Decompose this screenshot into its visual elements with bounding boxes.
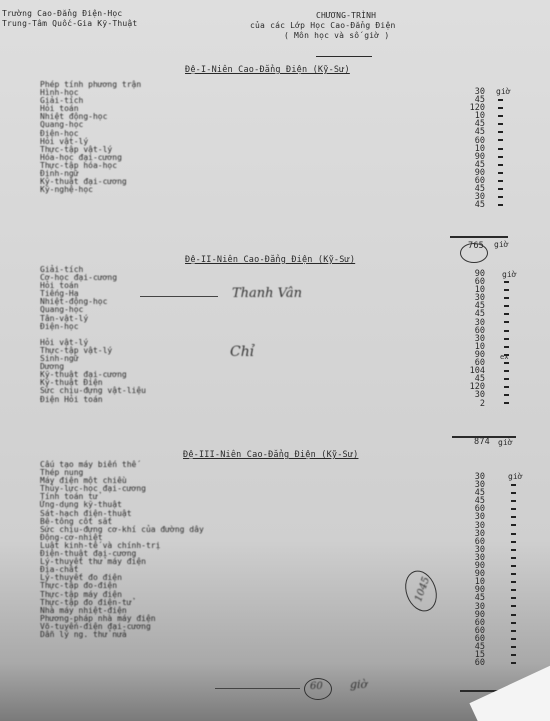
ditto-dash <box>507 497 527 505</box>
section-2-hours: 90601030454530603010906010445120302 <box>445 270 485 408</box>
ditto-dash <box>507 489 527 497</box>
subject-item: Điện Hỏi toán <box>40 396 146 404</box>
section-3-hours: 3030454560303030603030909010904530906060… <box>445 473 485 667</box>
ditto-dash <box>500 367 520 375</box>
hours-value: 45 <box>445 201 485 209</box>
ditto-dash <box>494 185 514 193</box>
center-name: Trung-Tâm Quốc-Gia Kỹ-Thuật <box>2 20 137 29</box>
ditto-dash <box>507 627 527 635</box>
hours-value: 30 <box>445 391 485 399</box>
ditto-dash <box>507 521 527 529</box>
ditto-dash <box>507 643 527 651</box>
section-3-title: Đệ-III-Niên Cao-Đẳng Điện (Kỹ-Sư) <box>183 451 358 460</box>
ditto-dash <box>494 177 514 185</box>
ditto-dash <box>494 153 514 161</box>
section-3-subjects: Cấu tạo máy biến thếThép nungMáy điện mộ… <box>40 461 204 639</box>
section-2-subjects: Giải-tíchCơ-học đại-cươngHỏi toánTiếng-H… <box>40 266 146 404</box>
ditto-dash <box>500 318 520 326</box>
school-name: Trường Cao-Đẳng Điện-Học <box>2 10 122 19</box>
ditto-dash <box>494 112 514 120</box>
ditto-dash <box>494 161 514 169</box>
ditto-dash <box>500 310 520 318</box>
ditto-dash <box>507 530 527 538</box>
hours-value: 60 <box>445 659 485 667</box>
handwritten-note-chi: Chỉ <box>230 344 254 360</box>
ditto-dash <box>507 481 527 489</box>
ditto-dash <box>507 513 527 521</box>
document-note: ( Môn học và số giờ ) <box>284 32 389 41</box>
ditto-dash <box>494 128 514 136</box>
ditto-dash <box>507 619 527 627</box>
ditto-dash <box>494 145 514 153</box>
ditto-dash <box>507 538 527 546</box>
annotation-arrow-2 <box>215 688 300 689</box>
section-2-total-unit: giờ <box>498 438 512 447</box>
subject-item: Kỹ-nghệ-học <box>40 186 141 194</box>
ditto-dash <box>494 169 514 177</box>
ditto-dash <box>494 120 514 128</box>
ditto-dash <box>500 327 520 335</box>
section-3-dashes <box>507 481 527 667</box>
ditto-dash <box>507 562 527 570</box>
document-title: CHƯƠNG-TRÌNH <box>316 12 376 21</box>
ditto-dash <box>507 651 527 659</box>
ditto-dash <box>507 546 527 554</box>
section-3-total-rule <box>460 690 500 692</box>
ditto-dash <box>507 578 527 586</box>
section-1-hours: 3045120104545601090459060453045 <box>445 88 485 209</box>
handwritten-note-name: Thanh Vân <box>232 286 302 301</box>
ditto-dash <box>507 611 527 619</box>
ditto-dash <box>500 343 520 351</box>
section-1-title: Đệ-I-Niên Cao-Đẳng Điện (Kỹ-Sư) <box>185 66 350 75</box>
section-1-unit: giờ <box>496 87 510 96</box>
ditto-dash <box>494 96 514 104</box>
annotation-arrow <box>140 296 218 297</box>
section-1-total-unit: giờ <box>494 240 508 249</box>
handwritten-gio: giờ <box>350 678 367 691</box>
hours-value: 2 <box>445 400 485 408</box>
section-1-total-rule <box>450 236 508 238</box>
subject-item: Dẫn lý ng. thử nửa <box>40 631 204 639</box>
section-3-unit: giờ <box>508 472 522 481</box>
ditto-dash <box>500 278 520 286</box>
document-subtitle: của các Lớp Học Cao-Đẳng Điện <box>250 22 395 31</box>
section-1-subjects: Phép tính phương trậnHình-họcGiải-tíchHỏ… <box>40 81 141 194</box>
ditto-dash <box>507 586 527 594</box>
ditto-dash <box>507 602 527 610</box>
section-1-dashes <box>494 96 514 209</box>
ditto-dash <box>500 399 520 407</box>
subject-item: Điện-học <box>40 323 146 331</box>
ditto-dash <box>507 635 527 643</box>
ditto-dash <box>507 594 527 602</box>
hour-note: ex <box>500 353 509 362</box>
ditto-dash <box>494 201 514 209</box>
ditto-dash <box>500 335 520 343</box>
header-divider <box>316 56 372 57</box>
ditto-dash <box>500 294 520 302</box>
section-2-total: 874 <box>474 438 490 447</box>
ditto-dash <box>500 375 520 383</box>
ditto-dash <box>507 505 527 513</box>
ditto-dash <box>507 659 527 667</box>
ditto-dash <box>507 554 527 562</box>
ditto-dash <box>507 570 527 578</box>
ditto-dash <box>494 104 514 112</box>
ditto-dash <box>494 193 514 201</box>
ditto-dash <box>500 391 520 399</box>
ditto-dash <box>494 136 514 144</box>
section-2-dashes <box>500 278 520 408</box>
ditto-dash <box>500 302 520 310</box>
document-page: Trường Cao-Đẳng Điện-Học Trung-Tâm Quốc-… <box>0 0 550 721</box>
total-circle-annotation <box>460 243 488 263</box>
section-2-title: Đệ-II-Niên Cao-Đẳng Điện (Kỹ-Sư) <box>185 256 355 265</box>
ditto-dash <box>500 383 520 391</box>
ditto-dash <box>500 286 520 294</box>
handwritten-60: 60 <box>310 681 323 692</box>
